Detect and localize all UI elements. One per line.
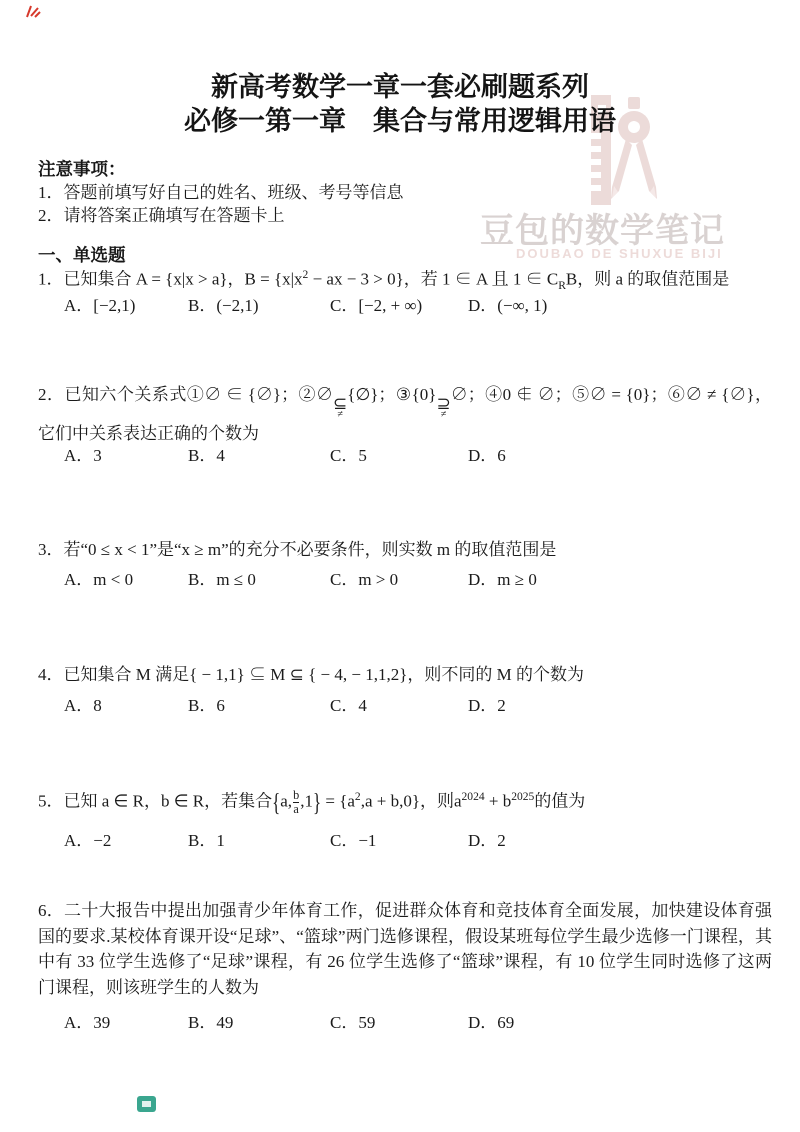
option-d: D．69	[468, 1008, 514, 1033]
option-d: D．m ≥ 0	[468, 565, 537, 590]
option-b: B．49	[188, 1008, 233, 1033]
option-a: A．39	[64, 1008, 110, 1033]
option-a: A．m < 0	[64, 565, 133, 590]
option-b: B．1	[188, 826, 225, 851]
notice-item: 2．请将答案正确填写在答题卡上	[38, 204, 770, 227]
option-b: B．6	[188, 691, 225, 716]
question-4-text: 4．已知集合 M 满足{ − 1,1} ⊆ M ⊆ { − 4, − 1,1,2…	[38, 662, 772, 688]
option-a: A．3	[64, 441, 102, 466]
question-2-options: A．3 B．4 C．5 D．6	[38, 441, 772, 465]
question-6-text: 6．二十大报告中提出加强青少年体育工作，促进群众体育和竞技体育全面发展，加快建设…	[38, 898, 772, 1000]
teal-corner-stamp-icon	[136, 1094, 158, 1114]
option-a: A．8	[64, 691, 102, 716]
notice-item: 1．答题前填写好自己的姓名、班级、考号等信息	[38, 181, 770, 204]
option-c: C．4	[330, 691, 367, 716]
red-corner-stamp-icon	[24, 4, 42, 19]
notice-heading: 注意事项：	[38, 156, 126, 181]
option-b: B．4	[188, 441, 225, 466]
option-a: A．[−2,1)	[64, 291, 135, 316]
option-d: D．6	[468, 441, 506, 466]
page-title: 新高考数学一章一套必刷题系列	[0, 70, 800, 104]
option-c: C．[−2, + ∞)	[330, 291, 422, 316]
question-5-text: 5．已知 a ∈ R，b ∈ R，若集合{a,ba,1} = {a2,a + b…	[38, 782, 772, 818]
question-6-options: A．39 B．49 C．59 D．69	[38, 1008, 772, 1032]
option-d: D．2	[468, 826, 506, 851]
option-a: A．−2	[64, 826, 111, 851]
option-b: B．(−2,1)	[188, 291, 259, 316]
option-c: C．−1	[330, 826, 376, 851]
option-d: D．2	[468, 691, 506, 716]
question-2-text: 2．已知六个关系式①∅ ∈ {∅}；②∅⊆≠{∅}；③{0}⊇≠∅；④0 ∉ ∅…	[38, 382, 772, 447]
option-b: B．m ≤ 0	[188, 565, 256, 590]
question-4-options: A．8 B．6 C．4 D．2	[38, 691, 772, 715]
option-d: D．(−∞, 1)	[468, 291, 547, 316]
option-c: C．5	[330, 441, 367, 466]
paper-content: 新高考数学一章一套必刷题系列 必修一第一章 集合与常用逻辑用语 注意事项： 1．…	[0, 0, 800, 1132]
option-c: C．59	[330, 1008, 375, 1033]
question-3-options: A．m < 0 B．m ≤ 0 C．m > 0 D．m ≥ 0	[38, 565, 772, 589]
exam-paper-page: 豆包的数学笔记 DOUBAO DE SHUXUE BIJI 新高考数学一章一套必…	[0, 0, 800, 1132]
question-5-options: A．−2 B．1 C．−1 D．2	[38, 826, 772, 850]
question-3-text: 3．若“0 ≤ x < 1”是“x ≥ m”的充分不必要条件，则实数 m 的取值…	[38, 537, 772, 563]
page-subtitle: 必修一第一章 集合与常用逻辑用语	[0, 104, 800, 138]
option-c: C．m > 0	[330, 565, 398, 590]
question-1-options: A．[−2,1) B．(−2,1) C．[−2, + ∞) D．(−∞, 1)	[38, 291, 772, 315]
